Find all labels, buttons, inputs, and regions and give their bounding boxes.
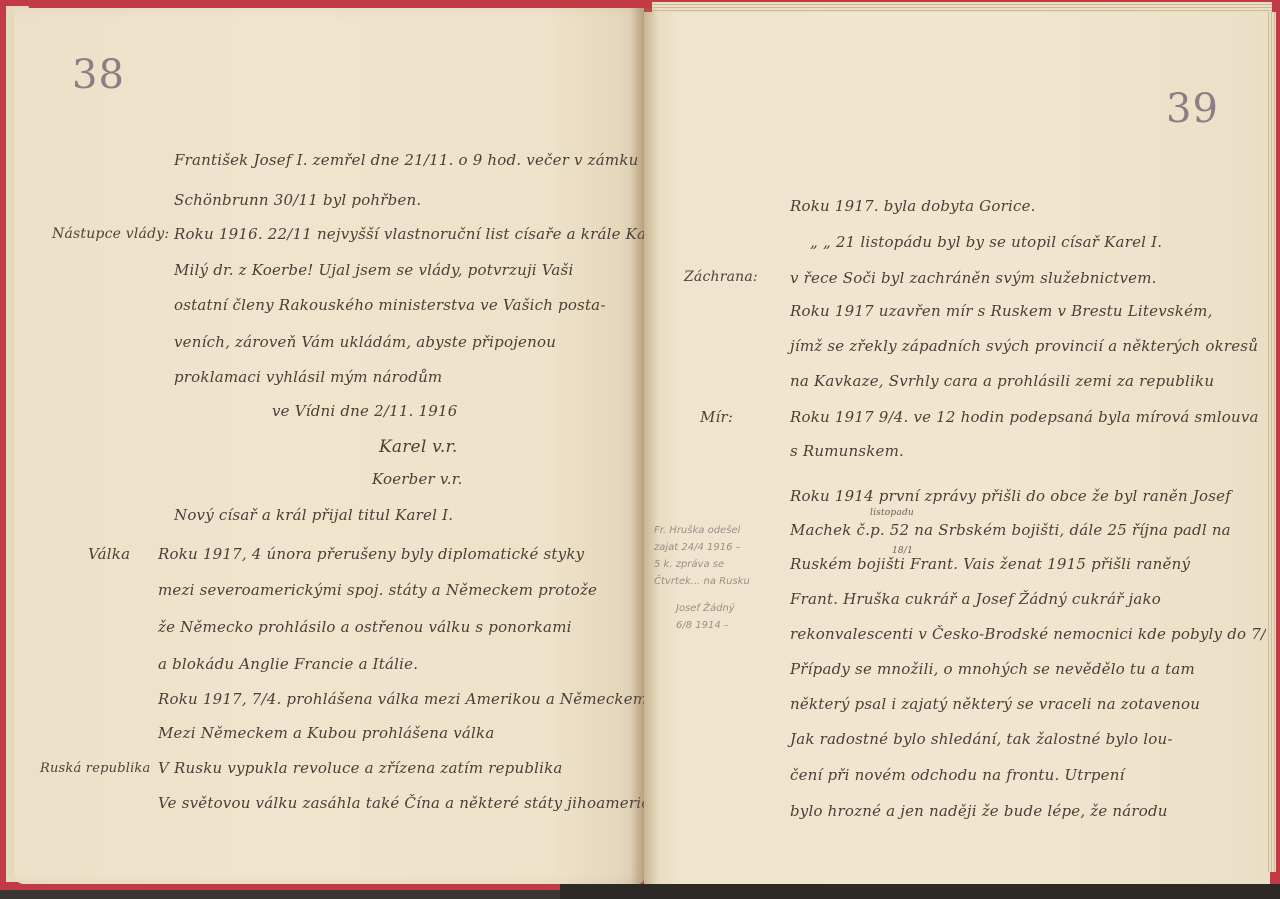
table-background	[560, 884, 1280, 899]
book-gutter	[630, 8, 658, 884]
text-line: Nový císař a král přijal titul Karel I.	[174, 506, 453, 524]
text-line: ostatní členy Rakouského ministerstva ve…	[174, 296, 606, 314]
text-line: bylo hrozné a jen naději že bude lépe, ž…	[790, 802, 1168, 820]
margin-label-ruska-republika: Ruská republika	[40, 761, 150, 776]
text-line: Roku 1917 uzavřen mír s Ruskem v Brestu …	[790, 302, 1213, 320]
pencil-note-line: Fr. Hruška odešel	[654, 522, 750, 539]
text-line: Frant. Hruška cukrář a Josef Žádný cukrá…	[790, 590, 1161, 608]
text-line: Schönbrunn 30/11 byl pohřben.	[174, 191, 421, 209]
pencil-note-line: 5 k. zpráva se	[654, 556, 750, 573]
text-line: „ „ 21 listopádu byl by se utopil císař …	[810, 233, 1162, 251]
signature-koerber: Koerber v.r.	[372, 470, 462, 488]
text-line: v řece Soči byl zachráněn svým služebnic…	[790, 269, 1157, 287]
text-line: že Německo prohlásilo a ostřenou válku s…	[158, 618, 572, 636]
text-line: Roku 1917, 7/4. prohlášena válka mezi Am…	[158, 690, 647, 708]
text-line: proklamaci vyhlásil mým národům	[174, 368, 442, 386]
pencil-margin-note: Fr. Hruška odešel zajat 24/4 1916 – 5 k.…	[654, 522, 750, 634]
page-number-left: 38	[72, 52, 125, 98]
right-page-stack-side-edge	[1266, 12, 1276, 872]
text-line: Roku 1917 9/4. ve 12 hodin podepsaná byl…	[790, 408, 1259, 426]
text-line: Mezi Německem a Kubou prohlášena válka	[158, 724, 494, 742]
superscript-correction: listopadu	[870, 508, 914, 518]
text-line: Jak radostné bylo shledání, tak žalostné…	[790, 730, 1173, 748]
text-line: s Rumunskem.	[790, 442, 904, 460]
date-line: ve Vídni dne 2/11. 1916	[272, 402, 457, 420]
right-page: 39 Roku 1917. byla dobyta Gorice. „ „ 21…	[644, 12, 1270, 884]
text-line: V Rusku vypukla revoluce a zřízena zatím…	[158, 759, 563, 777]
superscript-date: 18/1	[892, 546, 913, 556]
pencil-note-line: Čtvrtek... na Rusku	[654, 573, 750, 590]
text-line: veních, zároveň Vám ukládám, abyste přip…	[174, 333, 556, 351]
pencil-note-line: 6/8 1914 –	[654, 617, 750, 634]
text-line: Případy se množili, o mnohých se nevěděl…	[790, 660, 1195, 678]
left-page: 38 František Josef I. zemřel dne 21/11. …	[14, 8, 644, 884]
pencil-note-line: zajat 24/4 1916 –	[654, 539, 750, 556]
margin-label-mir: Mír:	[700, 408, 733, 426]
page-number-right: 39	[1166, 86, 1219, 132]
text-line: některý psal i zajatý některý se vraceli…	[790, 695, 1200, 713]
text-line: Machek č.p. 52 na Srbském bojišti, dále …	[790, 521, 1231, 539]
text-line: Milý dr. z Koerbe! Ujal jsem se vlády, p…	[174, 261, 573, 279]
text-line: František Josef I. zemřel dne 21/11. o 9…	[174, 151, 639, 169]
text-line: Ve světovou válku zasáhla také Čína a ně…	[158, 794, 668, 812]
pencil-note-line: Josef Žádný	[654, 600, 750, 617]
text-line: čení při novém odchodu na frontu. Utrpen…	[790, 766, 1125, 784]
text-line: Roku 1917. byla dobyta Gorice.	[790, 197, 1036, 215]
text-line: Roku 1917, 4 února přerušeny byly diplom…	[158, 545, 584, 563]
text-line: jímž se zřekly západních svých provincií…	[790, 337, 1258, 355]
text-line: mezi severoamerickými spoj. státy a Něme…	[158, 581, 597, 599]
text-line: Roku 1916. 22/11 nejvyšší vlastnoruční l…	[174, 225, 668, 243]
signature-karel: Karel v.r.	[379, 437, 458, 457]
margin-label-zachrana: Záchrana:	[684, 269, 758, 285]
text-line: Ruském bojišti Frant. Vais ženat 1915 př…	[790, 555, 1190, 573]
text-line: a blokádu Anglie Francie a Itálie.	[158, 655, 418, 673]
text-line: rekonvalescenti v Česko-Brodské nemocnic…	[790, 625, 1280, 643]
text-line: Roku 1914 první zprávy přišli do obce že…	[790, 487, 1231, 505]
margin-label-nastupce: Nástupce vlády:	[52, 226, 169, 242]
margin-label-valka: Válka	[88, 545, 130, 563]
text-line: na Kavkaze, Svrhly cara a prohlásili zem…	[790, 372, 1214, 390]
